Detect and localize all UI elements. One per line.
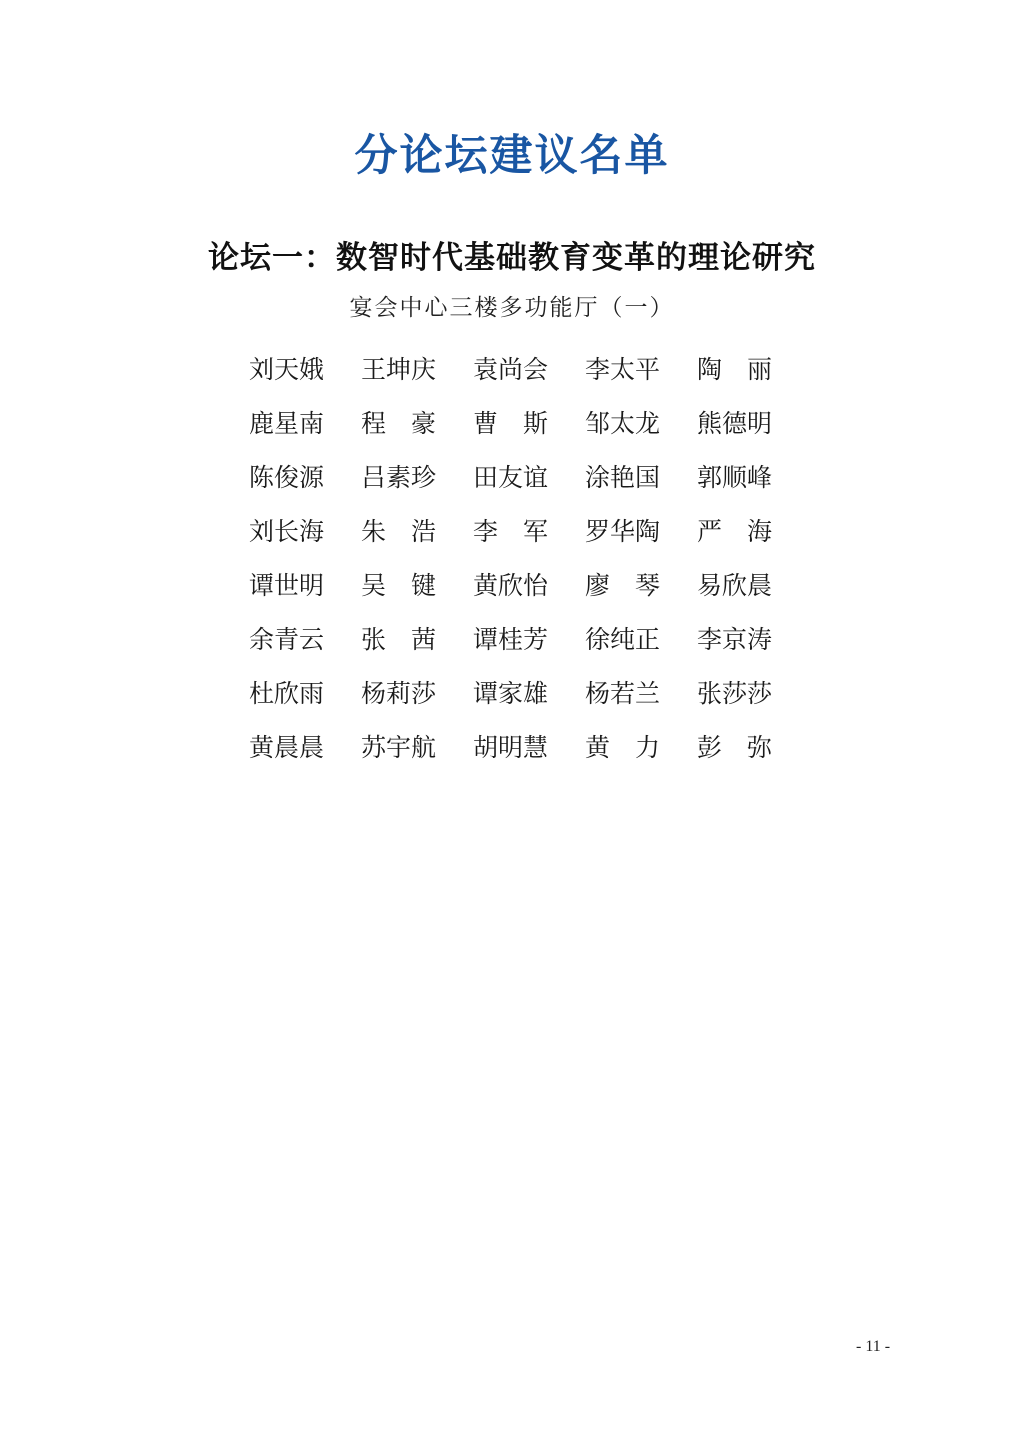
attendee-name: 廖 琴 xyxy=(585,560,663,614)
attendee-name: 张莎莎 xyxy=(697,668,775,722)
attendee-name: 刘长海 xyxy=(249,506,327,560)
name-row: 杜欣雨杨莉莎谭家雄杨若兰张莎莎 xyxy=(0,668,1024,722)
attendee-name: 吴 键 xyxy=(361,560,439,614)
attendee-name: 邹太龙 xyxy=(585,398,663,452)
attendee-name: 郭顺峰 xyxy=(697,452,775,506)
attendee-name: 徐纯正 xyxy=(585,614,663,668)
attendee-name: 李太平 xyxy=(585,344,663,398)
page-title: 分论坛建议名单 xyxy=(0,122,1024,183)
attendee-name: 黄欣怡 xyxy=(473,560,551,614)
attendee-name: 黄晨晨 xyxy=(249,722,327,776)
attendee-name: 谭家雄 xyxy=(473,668,551,722)
attendee-name: 刘天娥 xyxy=(249,344,327,398)
attendee-name: 朱 浩 xyxy=(361,506,439,560)
attendee-name: 王坤庆 xyxy=(361,344,439,398)
attendee-name: 张 茜 xyxy=(361,614,439,668)
attendee-name: 李京涛 xyxy=(697,614,775,668)
attendee-name: 易欣晨 xyxy=(697,560,775,614)
attendee-name: 杜欣雨 xyxy=(249,668,327,722)
attendee-name: 杨若兰 xyxy=(585,668,663,722)
name-row: 黄晨晨苏宇航胡明慧黄 力彭 弥 xyxy=(0,722,1024,776)
attendee-name: 涂艳国 xyxy=(585,452,663,506)
attendee-name: 余青云 xyxy=(249,614,327,668)
attendee-name: 严 海 xyxy=(697,506,775,560)
attendee-name: 陶 丽 xyxy=(697,344,775,398)
attendee-name: 熊德明 xyxy=(697,398,775,452)
attendee-name: 吕素珍 xyxy=(361,452,439,506)
attendee-name: 曹 斯 xyxy=(473,398,551,452)
forum-heading: 论坛一：数智时代基础教育变革的理论研究 xyxy=(0,232,1024,277)
attendee-name: 陈俊源 xyxy=(249,452,327,506)
attendee-name: 谭世明 xyxy=(249,560,327,614)
page-number: - 11 - xyxy=(856,1338,890,1356)
name-row: 余青云张 茜谭桂芳徐纯正李京涛 xyxy=(0,614,1024,668)
attendee-name: 彭 弥 xyxy=(697,722,775,776)
attendee-name: 鹿星南 xyxy=(249,398,327,452)
attendee-name: 袁尚会 xyxy=(473,344,551,398)
document-page: 分论坛建议名单 论坛一：数智时代基础教育变革的理论研究 宴会中心三楼多功能厅（一… xyxy=(0,0,1024,1448)
attendee-name: 黄 力 xyxy=(585,722,663,776)
forum-venue: 宴会中心三楼多功能厅（一） xyxy=(0,289,1024,322)
name-row: 谭世明吴 键黄欣怡廖 琴易欣晨 xyxy=(0,560,1024,614)
names-table: 刘天娥王坤庆袁尚会李太平陶 丽鹿星南程 豪曹 斯邹太龙熊德明陈俊源吕素珍田友谊涂… xyxy=(0,344,1024,776)
attendee-name: 杨莉莎 xyxy=(361,668,439,722)
name-row: 刘长海朱 浩李 军罗华陶严 海 xyxy=(0,506,1024,560)
attendee-name: 苏宇航 xyxy=(361,722,439,776)
attendee-name: 罗华陶 xyxy=(585,506,663,560)
attendee-name: 谭桂芳 xyxy=(473,614,551,668)
name-row: 陈俊源吕素珍田友谊涂艳国郭顺峰 xyxy=(0,452,1024,506)
name-row: 鹿星南程 豪曹 斯邹太龙熊德明 xyxy=(0,398,1024,452)
attendee-name: 胡明慧 xyxy=(473,722,551,776)
attendee-name: 田友谊 xyxy=(473,452,551,506)
name-row: 刘天娥王坤庆袁尚会李太平陶 丽 xyxy=(0,344,1024,398)
attendee-name: 程 豪 xyxy=(361,398,439,452)
attendee-name: 李 军 xyxy=(473,506,551,560)
